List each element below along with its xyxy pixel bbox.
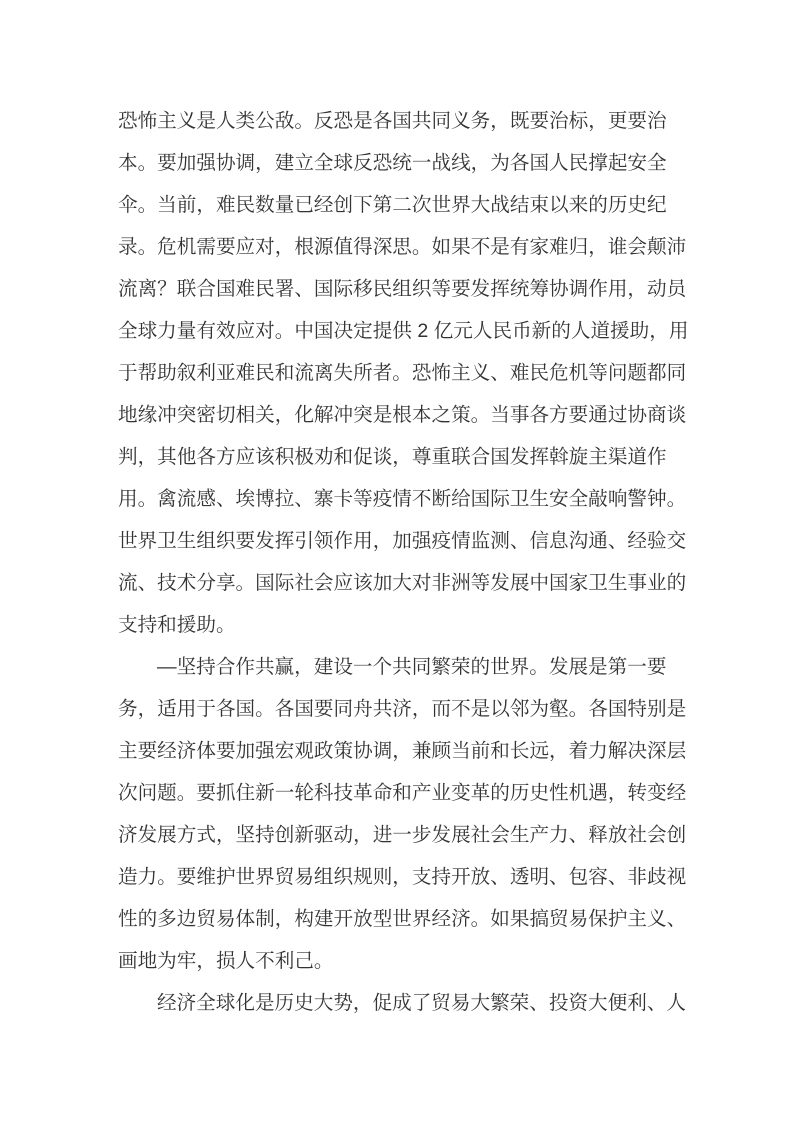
text-line: 恐怖主义是人类公敌。反恐是各国共同义务，既要治标，更要治 — [118, 100, 694, 142]
text-line paragraph-end: 画地为牢，损人不利己。 — [118, 940, 694, 982]
text-line: 济发展方式，坚持创新驱动，进一步发展社会生产力、释放社会创 — [118, 814, 694, 856]
text-line: 于帮助叙利亚难民和流离失所者。恐怖主义、难民危机等问题都同 — [118, 352, 694, 394]
text-line: 流离？联合国难民署、国际移民组织等要发挥统筹协调作用，动员 — [118, 268, 694, 310]
text-line: 务，适用于各国。各国要同舟共济，而不是以邻为壑。各国特别是 — [118, 688, 694, 730]
text-line: 判，其他各方应该积极劝和促谈，尊重联合国发挥斡旋主渠道作 — [118, 436, 694, 478]
text-line: 流、技术分享。国际社会应该加大对非洲等发展中国家卫生事业的 — [118, 562, 694, 604]
text-line: 用。禽流感、埃博拉、寨卡等疫情不断给国际卫生安全敲响警钟。 — [118, 478, 694, 520]
text-line: 主要经济体要加强宏观政策协调，兼顾当前和长远，着力解决深层 — [118, 730, 694, 772]
text-line: 性的多边贸易体制，构建开放型世界经济。如果搞贸易保护主义、 — [118, 898, 694, 940]
text-line: 本。要加强协调，建立全球反恐统一战线，为各国人民撑起安全 — [118, 142, 694, 184]
text-line: 伞。当前，难民数量已经创下第二次世界大战结束以来的历史纪 — [118, 184, 694, 226]
text-line: 次问题。要抓住新一轮科技革命和产业变革的历史性机遇，转变经 — [118, 772, 694, 814]
text-line: 造力。要维护世界贸易组织规则，支持开放、透明、包容、非歧视 — [118, 856, 694, 898]
text-line paragraph-end: 支持和援助。 — [118, 604, 694, 646]
text-line: 地缘冲突密切相关，化解冲突是根本之策。当事各方要通过协商谈 — [118, 394, 694, 436]
text-line: 录。危机需要应对，根源值得深思。如果不是有家难归，谁会颠沛 — [118, 226, 694, 268]
text-line: 世界卫生组织要发挥引领作用，加强疫情监测、信息沟通、经验交 — [118, 520, 694, 562]
text-line paragraph-start: 经济全球化是历史大势，促成了贸易大繁荣、投资大便利、人 — [118, 982, 694, 1024]
text-block: 恐怖主义是人类公敌。反恐是各国共同义务，既要治标，更要治 本。要加强协调，建立全… — [118, 100, 694, 1024]
text-line paragraph-start: —坚持合作共赢，建设一个共同繁荣的世界。发展是第一要 — [118, 646, 694, 688]
document-page: 恐怖主义是人类公敌。反恐是各国共同义务，既要治标，更要治 本。要加强协调，建立全… — [0, 0, 800, 1130]
text-line: 全球力量有效应对。中国决定提供 2 亿元人民币新的人道援助，用 — [118, 310, 694, 352]
